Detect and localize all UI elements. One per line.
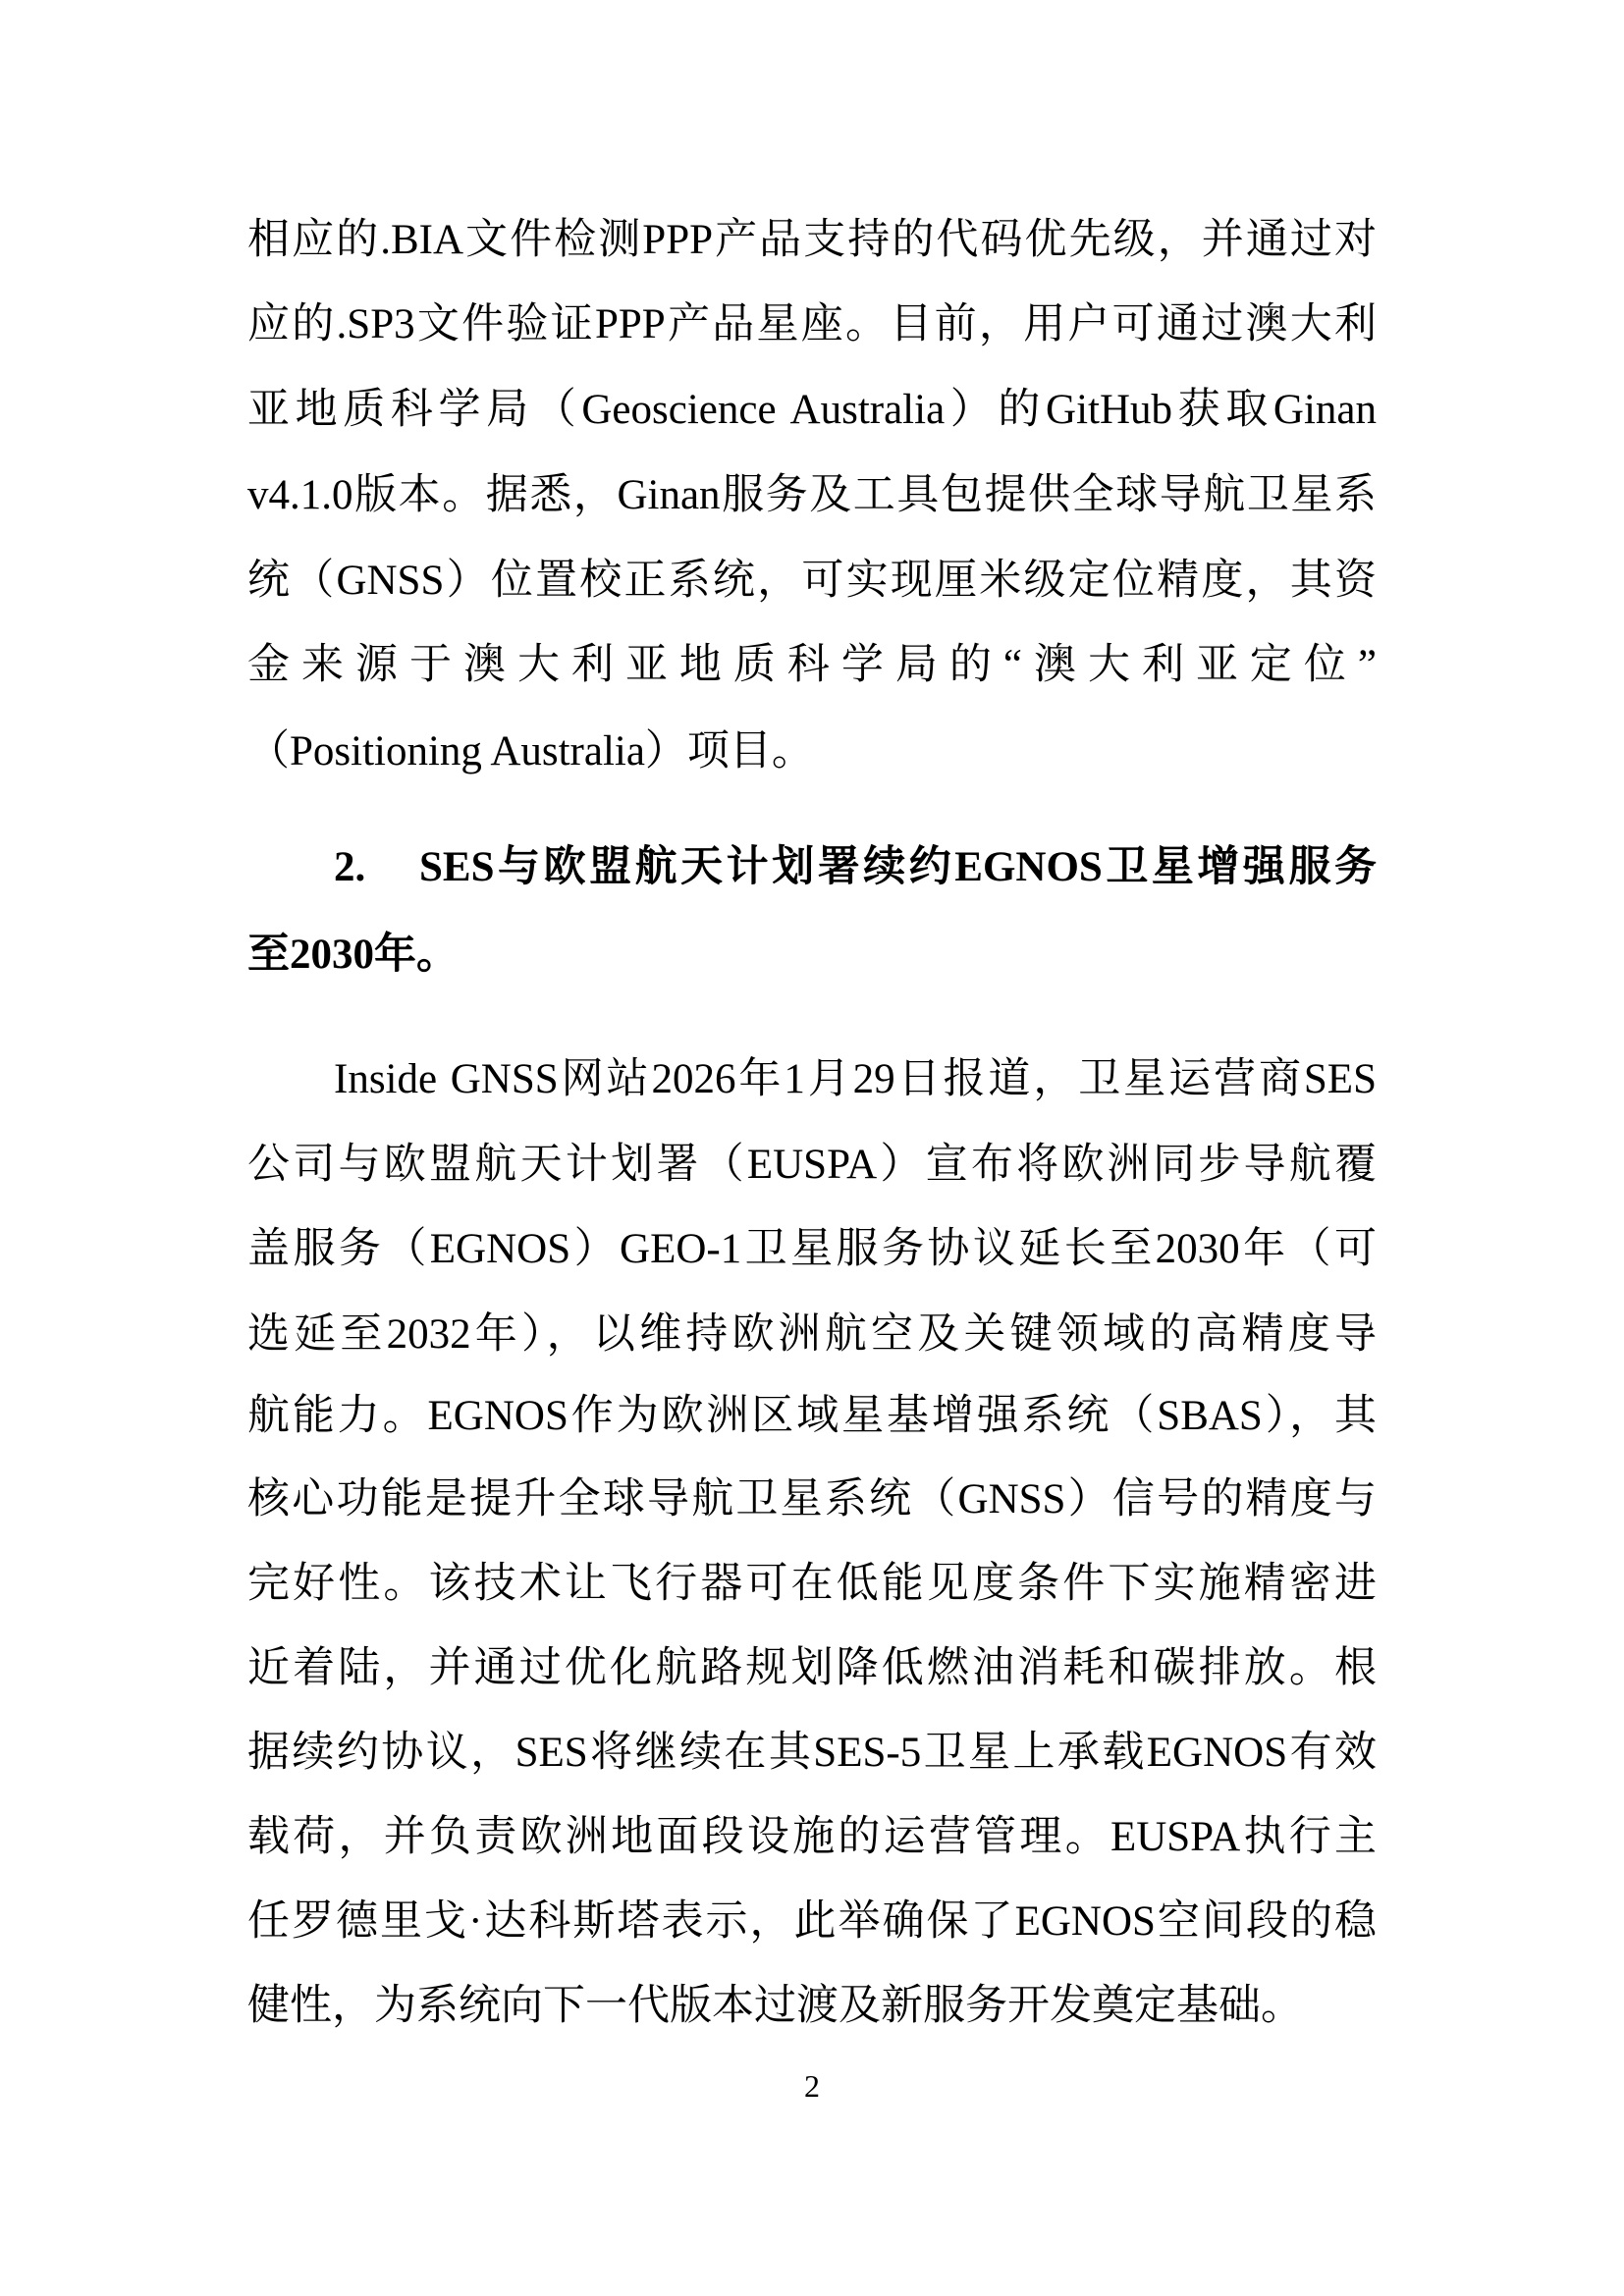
- paragraph-line: v4.1.0版本。据悉，Ginan服务及工具包提供全球导航卫星系: [247, 466, 1377, 525]
- section-title-line1: SES与欧盟航天计划署续约EGNOS卫星增强服务: [419, 844, 1377, 890]
- section-number: 2.: [334, 838, 419, 897]
- paragraph-line: 亚地质科学局（Geoscience Australia）的GitHub获取Gin…: [247, 381, 1377, 440]
- paragraph-line: 公司与欧盟航天计划署（EUSPA）宣布将欧洲同步导航覆: [247, 1136, 1377, 1195]
- paragraph-line: 应的.SP3文件验证PPP产品星座。目前，用户可通过澳大利: [247, 295, 1377, 354]
- paragraph-line: 完好性。该技术让飞行器可在低能见度条件下实施精密进: [247, 1555, 1377, 1614]
- paragraph-line: 任罗德里戈·达科斯塔表示，此举确保了EGNOS空间段的稳: [247, 1893, 1377, 1951]
- paragraph-line: （Positioning Australia）项目。: [247, 722, 1377, 781]
- page-number: 2: [783, 2066, 841, 2106]
- paragraph-line: Inside GNSS网站2026年1月29日报道，卫星运营商SES: [334, 1050, 1377, 1109]
- section-heading: 2.SES与欧盟航天计划署续约EGNOS卫星增强服务: [334, 838, 1377, 897]
- paragraph-line: 航能力。EGNOS作为欧洲区域星基增强系统（SBAS），其: [247, 1387, 1377, 1446]
- paragraph-line: 统（GNSS）位置校正系统，可实现厘米级定位精度，其资: [247, 552, 1377, 611]
- paragraph-line: 选延至2032年），以维持欧洲航空及关键领域的高精度导: [247, 1306, 1377, 1364]
- paragraph-line: 金来源于澳大利亚地质科学局的“澳大利亚定位”: [247, 636, 1377, 695]
- paragraph-line: 相应的.BIA文件检测PPP产品支持的代码优先级，并通过对: [247, 211, 1377, 270]
- paragraph-line: 盖服务（EGNOS）GEO-1卫星服务协议延长至2030年（可: [247, 1220, 1377, 1279]
- section-title-line2: 至2030年。: [247, 926, 1377, 985]
- paragraph-line: 核心功能是提升全球导航卫星系统（GNSS）信号的精度与: [247, 1470, 1377, 1529]
- paragraph-line: 据续约协议，SES将继续在其SES-5卫星上承载EGNOS有效: [247, 1724, 1377, 1783]
- paragraph-line: 近着陆，并通过优化航路规划降低燃油消耗和碳排放。根: [247, 1639, 1377, 1698]
- document-page: 相应的.BIA文件检测PPP产品支持的代码优先级，并通过对 应的.SP3文件验证…: [0, 0, 1624, 2296]
- paragraph-line: 健性，为系统向下一代版本过渡及新服务开发奠定基础。: [247, 1977, 1377, 2036]
- paragraph-line: 载荷，并负责欧洲地面段设施的运营管理。EUSPA执行主: [247, 1808, 1377, 1867]
